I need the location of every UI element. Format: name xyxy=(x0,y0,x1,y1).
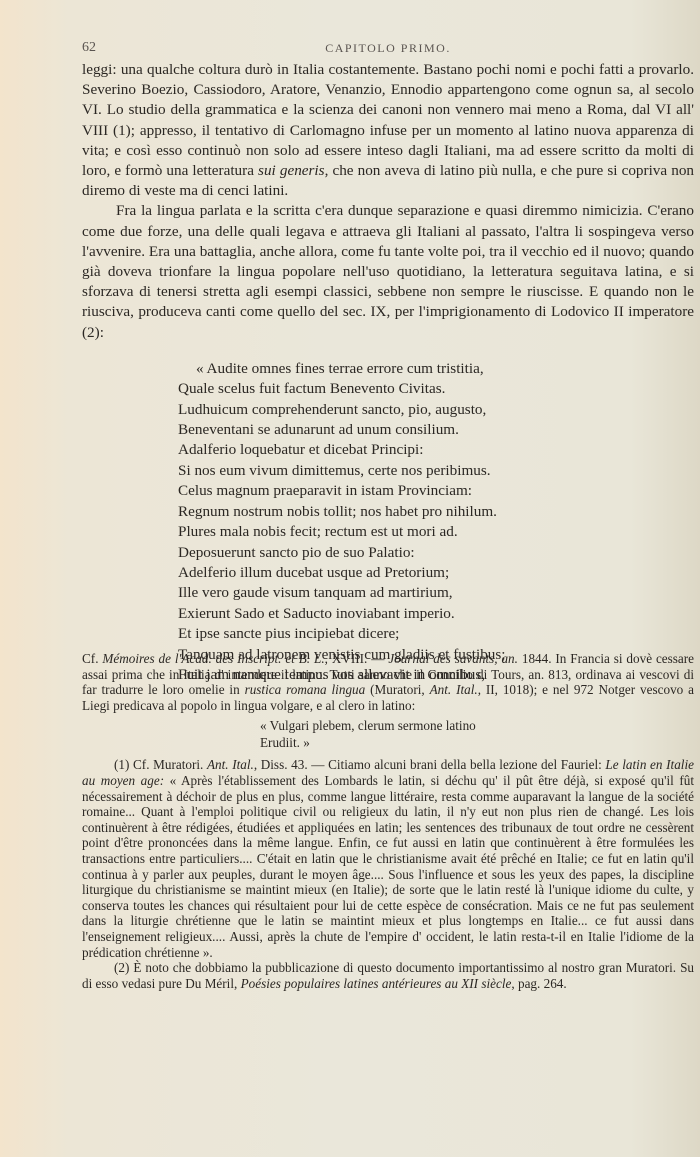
verse-line: Adelferio illum ducebat usque ad Pretori… xyxy=(178,563,694,583)
footnote-1: (1) Cf. Muratori. Ant. Ital., Diss. 43. … xyxy=(82,757,694,960)
paragraph-2: Fra la lingua parlata e la scritta c'era… xyxy=(82,201,694,342)
page: 62 CAPITOLO PRIMO. leggi: una qualche co… xyxy=(82,40,694,685)
verse-line: Ille vero gaude visum tanquam ad martiri… xyxy=(178,583,694,603)
footnote-verse: « Vulgari plebem, clerum sermone latino … xyxy=(260,717,694,751)
body-text: leggi: una qualche coltura durò in Itali… xyxy=(82,60,694,343)
verse-line: Exierunt Sado et Saducto inoviabant impe… xyxy=(178,604,694,624)
verse-line: Quale scelus fuit factum Benevento Civit… xyxy=(178,379,694,399)
chapter-title: CAPITOLO PRIMO. xyxy=(82,41,694,56)
running-head: 62 CAPITOLO PRIMO. xyxy=(82,40,694,60)
verse-line: Ludhuicum comprehenderunt sancto, pio, a… xyxy=(178,400,694,420)
footnote-continuation: Cf. Mémoires de l'Acad. des Inscript. et… xyxy=(82,651,694,713)
verse-line: Adalferio loquebatur et dicebat Principi… xyxy=(178,440,694,460)
verse-line: « Audite omnes fines terrae errore cum t… xyxy=(178,359,694,379)
paragraph-1: leggi: una qualche coltura durò in Itali… xyxy=(82,60,694,201)
footnote-verse-line: Erudiit. » xyxy=(260,734,694,751)
verse-line: Beneventani se adunarunt ad unum consili… xyxy=(178,420,694,440)
verse-line: Celus magnum praeparavit in istam Provin… xyxy=(178,481,694,501)
footnote-verse-line: « Vulgari plebem, clerum sermone latino xyxy=(260,717,694,734)
verse-block: « Audite omnes fines terrae errore cum t… xyxy=(178,359,694,686)
verse-line: Plures mala nobis fecit; rectum est ut m… xyxy=(178,522,694,542)
verse-line: Si nos eum vivum dimittemus, certe nos p… xyxy=(178,461,694,481)
verse-line: Deposuerunt sancto pio de suo Palatio: xyxy=(178,543,694,563)
verse-line: Et ipse sancte pius incipiebat dicere; xyxy=(178,624,694,644)
footnotes: Cf. Mémoires de l'Acad. des Inscript. et… xyxy=(82,651,694,991)
italic-phrase: sui generis xyxy=(258,162,325,179)
footnote-2: (2) È noto che dobbiamo la pubblicazione… xyxy=(82,960,694,991)
verse-line: Regnum nostrum nobis tollit; nos habet p… xyxy=(178,502,694,522)
